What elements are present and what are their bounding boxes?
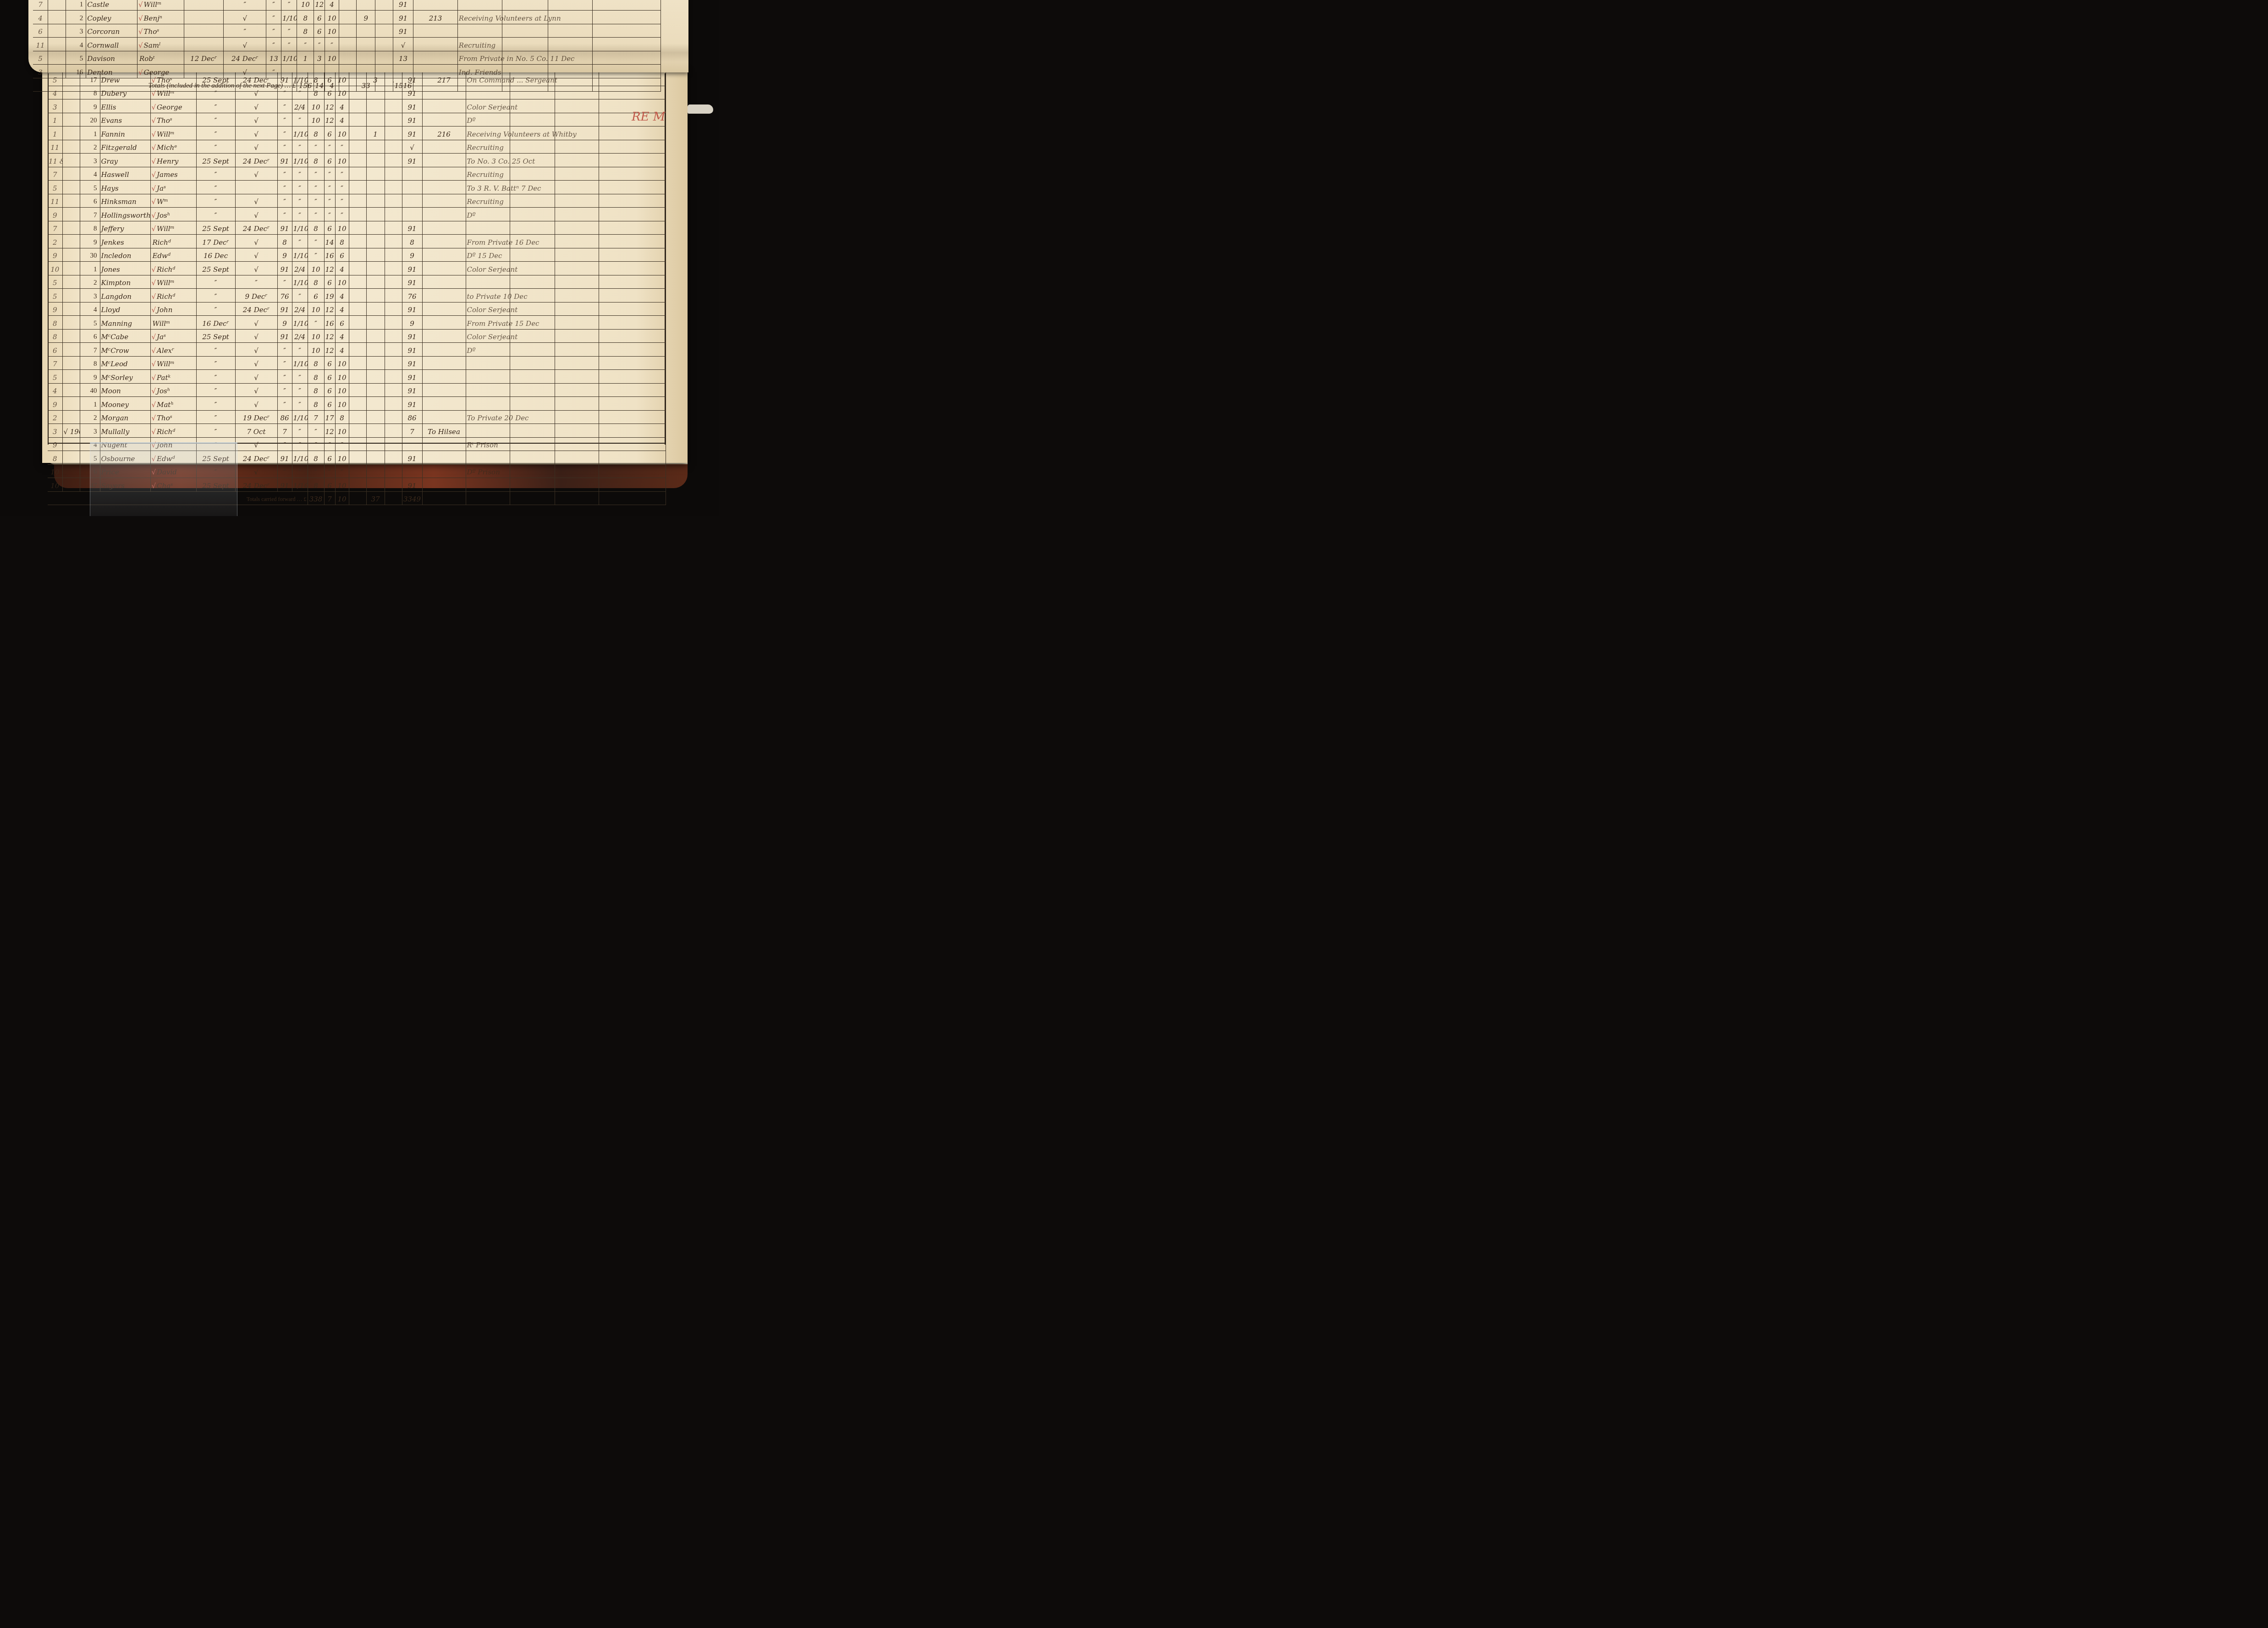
remarks-extra-cell [599,464,666,478]
surname-cell: MᶜCrow [100,343,150,357]
remarks-extra-cell [555,208,599,221]
extra-column-cell [385,235,402,248]
blank-column-cell [349,194,366,208]
blank-column-cell [339,51,357,65]
remarks-cell [466,221,510,235]
reference-cell [422,478,466,492]
reference-cell [413,65,458,78]
total-cell: 91 [402,275,422,289]
surname-cell: Davison [86,51,138,65]
blank-column-cell [349,262,366,275]
days-cell: ″ [266,65,281,78]
total-cell [402,464,422,478]
total-cell: 91 [402,302,422,316]
total-cell: 9 [402,316,422,330]
remarks-cell: Ind. Friends [457,65,502,78]
extra-column-cell [385,302,402,316]
remarks-extra-cell [502,38,548,51]
remarks-extra-cell [599,424,666,438]
column-2-cell [62,235,80,248]
remarks-extra-cell [548,0,593,11]
surname-cell: Lloyd [100,302,150,316]
forename-text: George [157,103,182,111]
days-cell: ″ [277,437,292,451]
to-date-cell: 9 Decʳ [235,289,277,302]
from-date-cell: 17 Decʳ [196,235,235,248]
pence-cell: ″ [335,167,349,181]
forename-cell: √Willᵐ [150,275,196,289]
rate-cell: ″ [281,38,297,51]
number-cell: 3 [80,154,100,167]
blank-column-cell [349,478,366,492]
remarks-extra-cell [510,140,555,154]
remarks-cell [466,478,510,492]
remarks-extra-cell [593,51,661,65]
total-cell: √ [402,140,422,154]
rate-cell: 1/10 [292,275,308,289]
extra-column-cell [385,329,402,343]
remarks-extra-cell [599,370,666,384]
shillings-cell: 17 [324,410,335,424]
blank [510,491,555,505]
remarks-extra-cell [555,302,599,316]
forename-text: Josʰ [157,387,170,395]
remarks-extra-cell [555,262,599,275]
number-cell: 1 [80,126,100,140]
tick-mark-icon: √ [152,333,156,341]
extra-column-cell [366,194,385,208]
extra-column-cell [385,383,402,397]
pence-cell: ″ [335,208,349,221]
blank-column-cell [349,248,366,262]
number-cell: 4 [80,302,100,316]
reference-cell [422,262,466,275]
forename-text: Richᵈ [157,265,175,274]
surname-cell: Langdon [100,289,150,302]
remarks-extra-cell [510,356,555,370]
extra-column-cell [385,410,402,424]
remarks-extra-cell [510,113,555,126]
days-cell: ″ [277,208,292,221]
rate-cell: ″ [292,194,308,208]
forename-text: Josʰ [157,211,170,220]
surname-cell: Kimpton [100,275,150,289]
shillings-cell: ″ [314,38,325,51]
number-cell: 4 [66,38,86,51]
column-2-cell [62,262,80,275]
to-date-cell: 24 Decʳ [223,51,266,65]
pence-cell: 6 [335,248,349,262]
ledger-row: 114Cornwall√Samˡ√″″″″″√Recruiting [33,38,661,51]
totals-column-a: 33 [357,78,375,92]
mark-cell: 11 & 3 [48,154,62,167]
remarks-extra-cell [599,437,666,451]
margin-initials: RE M [632,110,665,124]
blank [375,78,393,92]
remarks-extra-cell [555,478,599,492]
column-2-cell [48,11,66,24]
surname-cell: Incledon [100,248,150,262]
forename-cell: √Willᵐ [150,221,196,235]
pounds-cell: ″ [297,38,314,51]
rate-cell: 2/4 [292,302,308,316]
pounds-cell: 8 [297,11,314,24]
extra-column-cell [366,140,385,154]
pounds-cell: ″ [308,235,324,248]
blank [599,491,666,505]
remarks-extra-cell [555,194,599,208]
extra-column-cell [357,65,375,78]
mark-cell: 5 [48,181,62,194]
remarks-extra-cell [555,356,599,370]
forename-text: Samˡ [144,41,161,49]
reference-cell [422,235,466,248]
shillings-cell: 6 [324,275,335,289]
surname-cell: Jones [100,262,150,275]
days-cell: 8 [277,235,292,248]
forename-cell: √Patᵏ [150,370,196,384]
reference-cell [422,275,466,289]
reference-cell [422,99,466,113]
number-cell: 3 [80,424,100,438]
reference-cell [422,410,466,424]
remarks-extra-cell [599,181,666,194]
column-2-cell [62,478,80,492]
to-date-cell: 19 Decʳ [235,410,277,424]
extra-column-cell [366,289,385,302]
mark-cell: 6 [33,24,48,38]
from-date-cell: ″ [196,289,235,302]
total-cell [402,208,422,221]
forename-cell: √Jaˢ [150,329,196,343]
blank-column-cell [349,437,366,451]
from-date-cell: 16 Dec [196,248,235,262]
remarks-extra-cell [599,289,666,302]
extra-column-cell [385,181,402,194]
blank-column-cell [349,181,366,194]
remarks-cell: To Private 20 Dec [466,410,510,424]
days-cell: ″ [277,397,292,411]
total-cell: 91 [402,397,422,411]
to-date-cell: √ [235,356,277,370]
from-date-cell: ″ [196,356,235,370]
shillings-cell: 6 [324,478,335,492]
mark-cell: 2 [48,235,62,248]
extra-column-cell [385,262,402,275]
extra-column-cell [366,329,385,343]
mark-cell: 11 [48,194,62,208]
ledger-table: 517Drew√Thoˢ25 Sept24 Decʳ911/1086103.91… [48,72,666,505]
ledger-row: 39Ellis√George″√″2/41012491Color Serjean… [48,99,666,113]
number-cell: 6 [80,329,100,343]
to-date-cell: 24 Decʳ [235,221,277,235]
forename-cell: √George [150,99,196,113]
remarks-cell: From Private 16 Dec [466,235,510,248]
days-cell: ″ [277,99,292,113]
reference-cell [413,51,458,65]
forename-cell: √Jaˢ [150,181,196,194]
days-cell: ″ [277,140,292,154]
from-date-cell: 25 Sept [196,329,235,343]
blank-column-cell [349,383,366,397]
days-cell: 91 [277,262,292,275]
blank-column-cell [349,113,366,126]
from-date-cell: ″ [196,410,235,424]
remarks-extra-cell [555,289,599,302]
rate-cell: 1/10 [281,11,297,24]
extra-column-cell [366,397,385,411]
pounds-cell: ″ [308,167,324,181]
extra-column-cell [366,113,385,126]
remarks-extra-cell [510,370,555,384]
blank-column-cell [349,343,366,357]
number-cell: 7 [80,208,100,221]
remarks-extra-cell [555,397,599,411]
remarks-extra-cell [510,221,555,235]
days-cell: 9 [277,248,292,262]
pence-cell: 10 [325,24,339,38]
remarks-cell: Dº Prison [466,464,510,478]
remarks-extra-cell [502,0,548,11]
ledger-row: 52Kimpton√Willᵐ″″″1/10861091 [48,275,666,289]
tick-mark-icon: √ [152,157,156,165]
ledger-row: 94Lloyd√John″24 Decʳ912/41012491Color Se… [48,302,666,316]
extra-column-cell [366,208,385,221]
surname-cell: Mullally [100,424,150,438]
forename-cell: √Benjⁿ [138,11,184,24]
totals-grand: 1516 [393,78,413,92]
forename-text: Wᵐ [157,198,168,206]
extra-column-cell [385,275,402,289]
reference-cell [422,194,466,208]
reference-cell [422,397,466,411]
rate-cell: ″ [292,140,308,154]
to-date-cell: 24 Decʳ [235,302,277,316]
rate-cell: ″ [292,235,308,248]
remarks-extra-cell [555,316,599,330]
days-cell: ″ [277,194,292,208]
days-cell: 7 [277,424,292,438]
blank [555,491,599,505]
blank-column-cell [339,65,357,78]
blank-column-cell [349,464,366,478]
column-2-cell [62,356,80,370]
total-cell: √ [393,38,413,51]
total-cell: 8 [402,235,422,248]
surname-cell: Haswell [100,167,150,181]
tick-mark-icon: √ [152,116,156,125]
shillings-cell [314,65,325,78]
forename-text: Jaˢ [157,333,166,341]
shillings-cell: 12 [314,0,325,11]
remarks-extra-cell [599,221,666,235]
remarks-extra-cell [555,275,599,289]
mark-cell: 11 [33,38,48,51]
forename-text: Richᵈ [153,238,171,247]
from-date-cell: ″ [196,343,235,357]
to-date-cell: √ [235,99,277,113]
to-date-cell: √ [235,235,277,248]
reference-cell [422,167,466,181]
total-cell [402,181,422,194]
tick-mark-icon: √ [152,184,156,192]
from-date-cell: ″ [196,302,235,316]
extra-column-cell [366,221,385,235]
remarks-extra-cell [555,437,599,451]
ledger-row: 3√ 1963Mullally√Richᵈ″7 Oct7″″12107To Hi… [48,424,666,438]
pence-cell: 10 [335,275,349,289]
extra-column-cell [366,383,385,397]
total-cell [393,65,413,78]
column-2-cell [62,437,80,451]
ledger-row: 55DavisonRobᵗ12 Decʳ24 Decʳ131/10131013F… [33,51,661,65]
ledger-row: 78MᶜLeod√Willᵐ″√″1/10861091 [48,356,666,370]
days-cell: 13 [266,51,281,65]
pence-cell: 6 [335,316,349,330]
remarks-extra-cell [599,262,666,275]
mark-cell: 1 [48,113,62,126]
rate-cell: 1/10 [292,451,308,465]
forename-cell: √Thoˢ [150,410,196,424]
reference-cell [422,316,466,330]
ledger-row: 112Fitzgerald√Michᵉ″√″″″″″√Recruiting [48,140,666,154]
column-2-cell [62,343,80,357]
totals-pence: 4 [325,78,339,92]
surname-cell: Denton [86,65,138,78]
mark-cell: 8 [48,451,62,465]
extra-column-cell [366,167,385,181]
shillings-cell: 6 [324,397,335,411]
rate-cell: ″ [292,370,308,384]
from-date-cell: ″ [196,99,235,113]
extra-column-cell [385,397,402,411]
remarks-extra-cell [555,221,599,235]
extra-column-cell [385,370,402,384]
shillings-cell: 6 [324,383,335,397]
extra-column-cell [366,248,385,262]
rate-cell [281,65,297,78]
ledger-row: 440Moon√Josʰ″√″″861091 [48,383,666,397]
days-cell: 76 [277,289,292,302]
to-date-cell: √ [235,248,277,262]
surname-cell: Castle [86,0,138,11]
forename-text: Robᵗ [139,55,155,63]
remarks-cell [466,424,510,438]
reference-cell: To Hilsea [422,424,466,438]
remarks-extra-cell [510,424,555,438]
forename-text: Willᵐ [157,360,175,368]
number-cell: 9 [80,370,100,384]
tick-mark-icon: √ [152,306,156,314]
forename-cell: Willᵐ [150,316,196,330]
extra-column-cell: 1 [366,126,385,140]
surname-cell: Mooney [100,397,150,411]
remarks-extra-cell [599,275,666,289]
remarks-extra-cell [599,356,666,370]
mark-cell: 3 [33,65,48,78]
tick-mark-icon: √ [152,346,156,355]
total-cell: 13 [393,51,413,65]
rate-cell: 1/10 [292,154,308,167]
forename-text: Richᵈ [157,428,175,436]
reference-cell [413,0,458,11]
remarks-extra-cell [593,24,661,38]
mark-cell: 5 [48,370,62,384]
extra-column-cell [375,51,393,65]
reference-cell [422,464,466,478]
total-cell: 91 [402,262,422,275]
pence-cell: 8 [335,410,349,424]
totals-row: Totals (included in the addition of the … [33,78,661,92]
to-date-cell: √ [235,140,277,154]
totals-shillings: 7 [324,491,335,505]
remarks-extra-cell [599,194,666,208]
surname-cell: Fitzgerald [100,140,150,154]
pence-cell: 4 [335,329,349,343]
rate-cell: ″ [292,343,308,357]
blank-column-cell [349,451,366,465]
from-date-cell: 12 Decʳ [184,51,223,65]
shillings-cell: 12 [324,343,335,357]
shillings-cell: ″ [324,140,335,154]
remarks-extra-cell [548,38,593,51]
ledger-row: 930IncledonEdwᵈ16 Dec√91/10″1669Dº 15 De… [48,248,666,262]
mark-cell: 7 [48,221,62,235]
previous-page-table: 210Easely√Jas.″91Volunʳ Serjeant71Castle… [33,0,661,92]
from-date-cell: ″ [196,113,235,126]
previous-page-rows: 210Easely√Jas.″91Volunʳ Serjeant71Castle… [33,0,661,92]
total-cell: 91 [402,356,422,370]
remarks-extra-cell [599,167,666,181]
blank-column-cell [349,221,366,235]
blank-column-cell [339,0,357,11]
remarks-extra-cell [555,167,599,181]
days-cell: ″ [277,167,292,181]
column-2-cell [62,248,80,262]
remarks-extra-cell [555,248,599,262]
extra-column-cell [385,167,402,181]
remarks-extra-cell [555,343,599,357]
reference-cell [413,38,458,51]
extra-column-cell [385,289,402,302]
pence-cell: ″ [325,38,339,51]
mark-cell: 5 [48,289,62,302]
number-cell: 5 [80,181,100,194]
ledger-row: 22Morgan√Thoˢ″19 Decʳ861/10717886To Priv… [48,410,666,424]
from-date-cell: ″ [196,383,235,397]
total-cell: 9 [402,248,422,262]
from-date-cell: 25 Sept [196,221,235,235]
forename-text: Willᵐ [157,130,175,138]
forename-text: Henry [157,157,178,165]
tick-mark-icon: √ [152,279,156,287]
number-cell: 2 [80,140,100,154]
pence-cell: 4 [335,302,349,316]
remarks-extra-cell [510,478,555,492]
extra-column-cell [375,11,393,24]
to-date-cell: √ [235,383,277,397]
forename-text: Thoˢ [157,414,172,422]
remarks-extra-cell [555,154,599,167]
shillings-cell: 6 [324,126,335,140]
from-date-cell: ″ [196,370,235,384]
ledger-row: 53Langdon√Richᵈ″9 Decʳ76″619476to Privat… [48,289,666,302]
reference-cell [422,154,466,167]
ledger-row: 101Jones√Richᵈ25 Sept√912/41012491Color … [48,262,666,275]
forename-cell: √Thoˢ [138,24,184,38]
extra-column-cell [366,424,385,438]
forename-cell: √Richᵈ [150,262,196,275]
